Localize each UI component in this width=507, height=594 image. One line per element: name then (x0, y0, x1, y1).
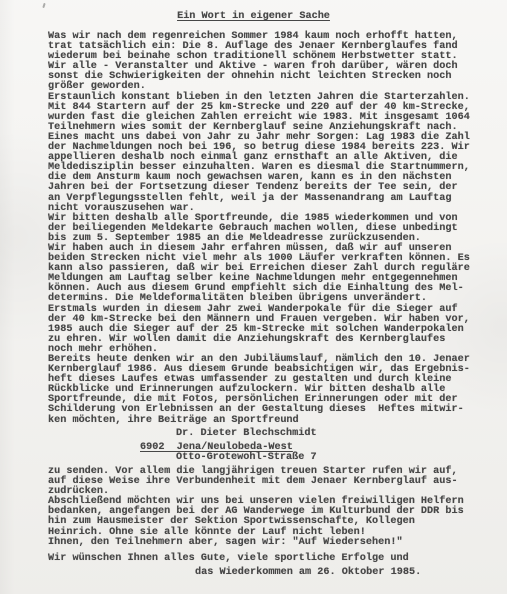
document-line: Wir wünschen Ihnen alles Gute, viele spo… (48, 554, 488, 564)
document-line: das Wiederkommen am 26. Oktober 1985. (48, 568, 488, 578)
document-line: Ihnen, den Teilnehmern aber, sagen wir: … (48, 538, 488, 548)
document-line: auf diese Weise ihre Verbundenheit mit d… (48, 477, 488, 487)
document-line: hin zum Hausmeister der Sektion Sportwis… (48, 517, 488, 527)
document-line: Jahren bei der Fortsetzung dieser Tenden… (48, 183, 488, 193)
scan-artifact-mark (42, 3, 45, 8)
document-line: Otto-Grotewohl-Straße 7 (48, 453, 488, 463)
document-line: Dr. Dieter Blechschmidt (48, 429, 488, 439)
scanned-document-page: Ein Wort in eigener Sache Was wir nach d… (0, 0, 507, 594)
page-title: Ein Wort in eigener Sache (0, 11, 507, 22)
document-body: Was wir nach dem regenreichen Sommer 198… (48, 32, 488, 578)
document-line: ken möchten, ihre Beiträge an Sportfreun… (48, 416, 488, 426)
